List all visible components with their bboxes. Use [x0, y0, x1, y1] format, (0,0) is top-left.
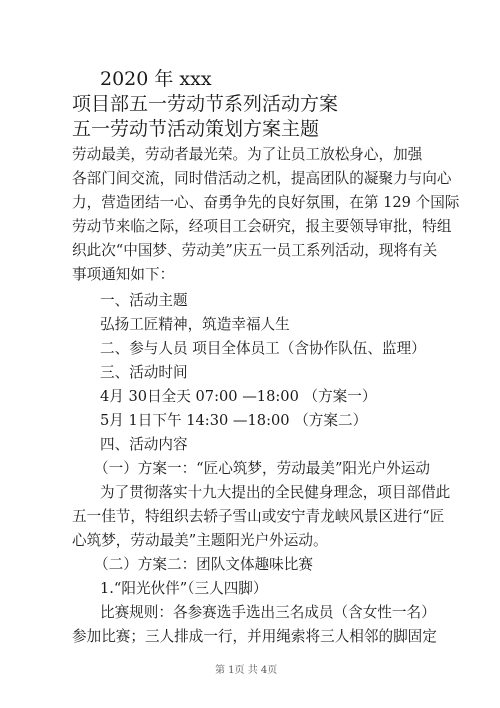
section-heading: 二、参与人员 项目全体员工（含协作队伍、监理）: [100, 337, 426, 358]
intro-line: 劳动节来临之际，经项目工会研究，报主要领导审批，特组: [72, 215, 451, 236]
section-text: 弘扬工匠精神，筑造幸福人生: [100, 313, 290, 334]
section-subheading: （一）方案一：“匠心筑梦，劳动最美”阳光户外运动: [94, 457, 430, 478]
section-text: 为了贯彻落实十九大提出的全民健身理念，项目部借此: [100, 481, 450, 502]
intro-line: 织此次“中国梦、劳动美”庆五一员工系列活动，现将有关: [72, 239, 437, 260]
section-text: 参加比赛；三人排成一行，并用绳索将三人相邻的脚固定: [72, 625, 437, 646]
section-heading: 一、活动主题: [100, 289, 188, 310]
document-title: 项目部五一劳动节系列活动方案: [72, 89, 338, 116]
section-subheading: （二）方案二：团队文体趣味比赛: [94, 553, 313, 574]
section-heading: 四、活动内容: [100, 433, 188, 454]
section-text: 五一佳节，特组织去轿子雪山或安宁青龙峡风景区进行“匠: [72, 505, 444, 526]
intro-line: 力，营造团结一心、奋勇争先的良好氛围，在第 129 个国际: [72, 191, 459, 212]
page-footer: 第 1页 共 4页: [215, 661, 277, 676]
section-text: 5月 1日下午 14:30 —18:00 （方案二）: [100, 409, 367, 430]
section-text: 4月 30日全天 07:00 —18:00 （方案一）: [100, 385, 376, 406]
section-text: 1.“阳光伙伴”（三人四脚）: [100, 577, 267, 598]
section-text: 心筑梦，劳动最美”主题阳光户外运动。: [72, 529, 328, 550]
date-line: 2020 年 xxx: [100, 64, 212, 91]
intro-line: 劳动最美，劳动者最光荣。为了让员工放松身心，加强: [72, 143, 422, 164]
intro-line: 事项通知如下：: [72, 263, 174, 284]
intro-line: 各部门间交流，同时借活动之机，提高团队的凝聚力与向心: [72, 167, 451, 188]
section-heading: 三、活动时间: [100, 361, 188, 382]
document-subtitle: 五一劳动节活动策划方案主题: [72, 114, 319, 141]
section-text: 比赛规则：各参赛选手选出三名成员（含女性一名）: [100, 601, 436, 622]
